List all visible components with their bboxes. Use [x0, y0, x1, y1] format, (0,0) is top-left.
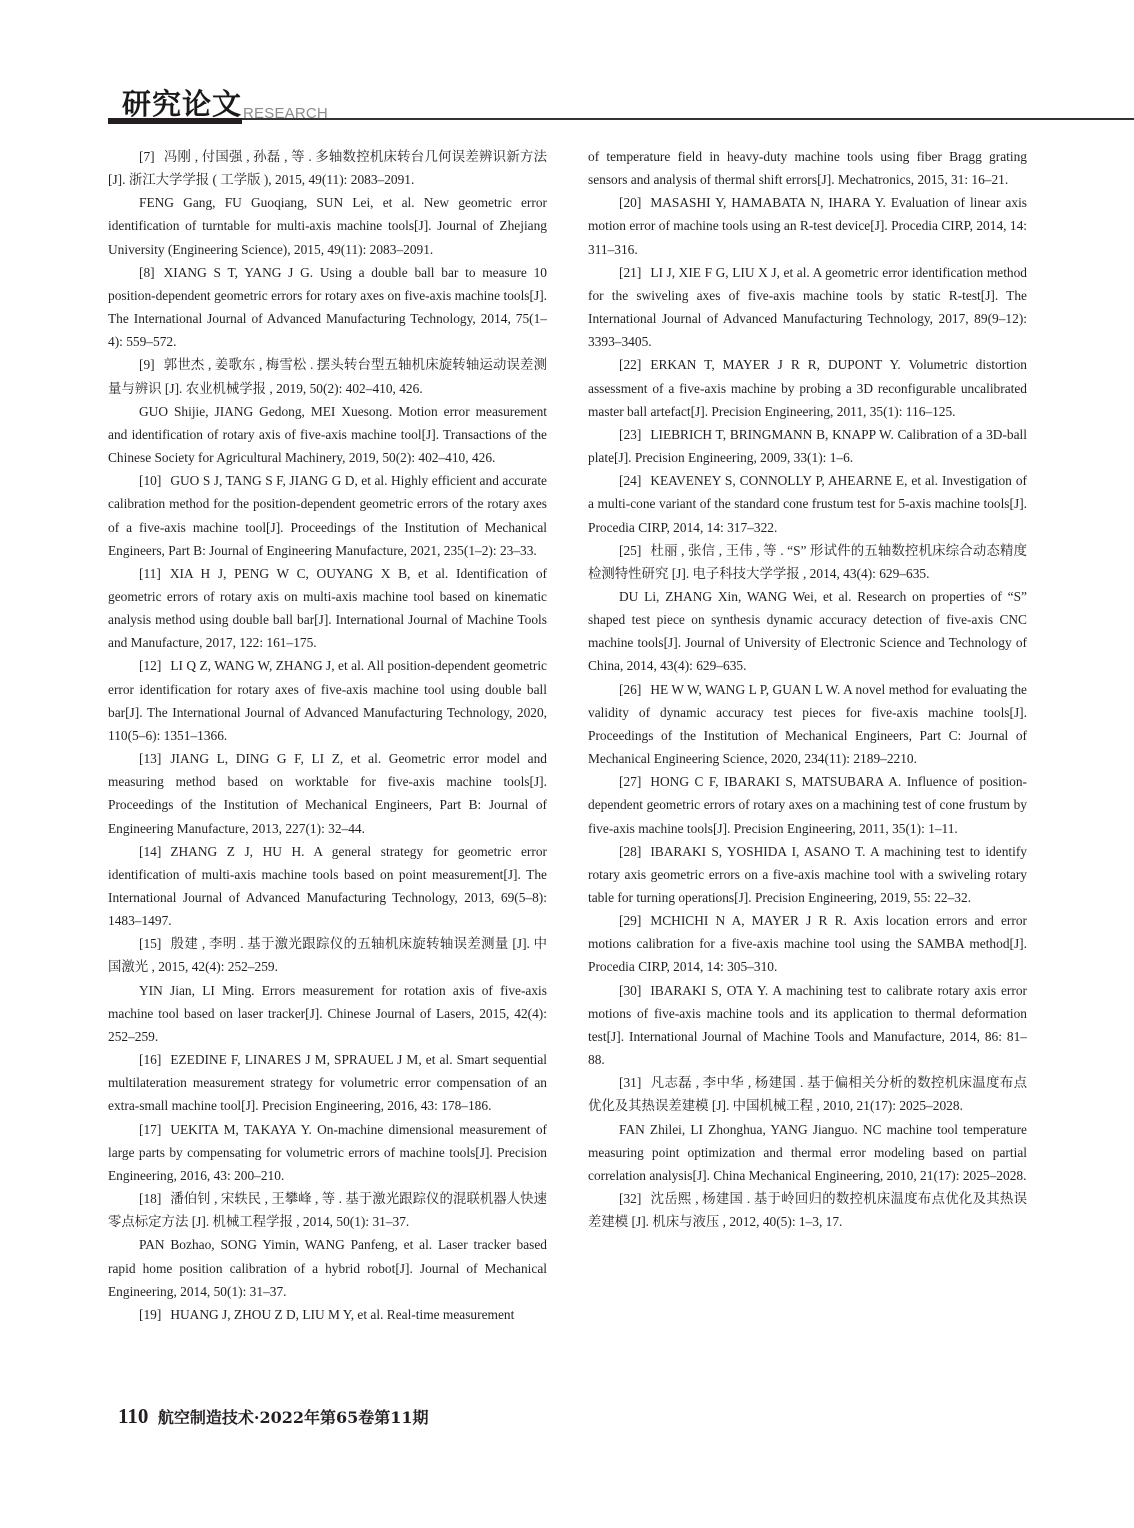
reference-number: [9] — [139, 357, 155, 372]
reference-entry: [9]郭世杰 , 姜歌东 , 梅雪松 . 摆头转台型五轴机床旋转轴运动误差测量与… — [108, 353, 547, 399]
reference-entry: [22]ERKAN T, MAYER J R R, DUPONT Y. Volu… — [588, 353, 1027, 422]
reference-number: [22] — [619, 357, 641, 372]
reference-text: UEKITA M, TAKAYA Y. On-machine dimension… — [108, 1122, 547, 1183]
reference-text: MASASHI Y, HAMABATA N, IHARA Y. Evaluati… — [588, 195, 1027, 256]
reference-number: [23] — [619, 427, 641, 442]
reference-number: [12] — [139, 658, 161, 673]
reference-text: HONG C F, IBARAKI S, MATSUBARA A. Influe… — [588, 774, 1027, 835]
reference-number: [26] — [619, 682, 641, 697]
reference-text: LI Q Z, WANG W, ZHANG J, et al. All posi… — [108, 658, 547, 742]
reference-entry: [19]HUANG J, ZHOU Z D, LIU M Y, et al. R… — [108, 1303, 547, 1326]
reference-entry: [27]HONG C F, IBARAKI S, MATSUBARA A. In… — [588, 770, 1027, 839]
reference-entry: [20]MASASHI Y, HAMABATA N, IHARA Y. Eval… — [588, 191, 1027, 260]
reference-number: [25] — [619, 543, 641, 558]
reference-entry: [13]JIANG L, DING G F, LI Z, et al. Geom… — [108, 747, 547, 840]
reference-entry: [31]凡志磊 , 李中华 , 杨建国 . 基于偏相关分析的数控机床温度布点优化… — [588, 1071, 1027, 1117]
reference-number: [16] — [139, 1052, 161, 1067]
reference-entry: YIN Jian, LI Ming. Errors measurement fo… — [108, 979, 547, 1048]
reference-text: HUANG J, ZHOU Z D, LIU M Y, et al. Real-… — [170, 1307, 514, 1322]
reference-number: [20] — [619, 195, 641, 210]
reference-number: [11] — [139, 566, 161, 581]
section-title: 研究论文 — [122, 82, 242, 123]
reference-entry: [14]ZHANG Z J, HU H. A general strategy … — [108, 840, 547, 933]
reference-number: [31] — [619, 1075, 641, 1090]
reference-number: [7] — [139, 149, 155, 164]
reference-text: FENG Gang, FU Guoqiang, SUN Lei, et al. … — [108, 195, 547, 256]
reference-text: 郭世杰 , 姜歌东 , 梅雪松 . 摆头转台型五轴机床旋转轴运动误差测量与辨识 … — [108, 357, 547, 395]
reference-entry: [25]杜丽 , 张信 , 王伟 , 等 . “S” 形试件的五轴数控机床综合动… — [588, 539, 1027, 585]
reference-entry: [30]IBARAKI S, OTA Y. A machining test t… — [588, 979, 1027, 1072]
reference-entry: GUO Shijie, JIANG Gedong, MEI Xuesong. M… — [108, 400, 547, 469]
reference-number: [19] — [139, 1307, 161, 1322]
reference-entry: [11]XIA H J, PENG W C, OUYANG X B, et al… — [108, 562, 547, 655]
reference-text: JIANG L, DING G F, LI Z, et al. Geometri… — [108, 751, 547, 835]
reference-entry: [17]UEKITA M, TAKAYA Y. On-machine dimen… — [108, 1118, 547, 1187]
references-left-column: [7]冯刚 , 付国强 , 孙磊 , 等 . 多轴数控机床转台几何误差辨识新方法… — [108, 145, 547, 1326]
reference-entry: [16]EZEDINE F, LINARES J M, SPRAUEL J M,… — [108, 1048, 547, 1117]
reference-number: [32] — [619, 1191, 641, 1206]
reference-entry: [7]冯刚 , 付国强 , 孙磊 , 等 . 多轴数控机床转台几何误差辨识新方法… — [108, 145, 547, 191]
reference-text: XIA H J, PENG W C, OUYANG X B, et al. Id… — [108, 566, 547, 650]
reference-text: LIEBRICH T, BRINGMANN B, KNAPP W. Calibr… — [588, 427, 1027, 465]
reference-entry: of temperature field in heavy-duty machi… — [588, 145, 1027, 191]
reference-entry: [29]MCHICHI N A, MAYER J R R. Axis locat… — [588, 909, 1027, 978]
reference-text: MCHICHI N A, MAYER J R R. Axis location … — [588, 913, 1027, 974]
reference-entry: [8]XIANG S T, YANG J G. Using a double b… — [108, 261, 547, 354]
reference-number: [21] — [619, 265, 641, 280]
reference-text: YIN Jian, LI Ming. Errors measurement fo… — [108, 983, 547, 1044]
reference-number: [18] — [139, 1191, 161, 1206]
reference-text: 沈岳熙 , 杨建国 . 基于岭回归的数控机床温度布点优化及其热误差建模 [J].… — [588, 1191, 1027, 1229]
reference-text: XIANG S T, YANG J G. Using a double ball… — [108, 265, 547, 349]
reference-entry: [21]LI J, XIE F G, LIU X J, et al. A geo… — [588, 261, 1027, 354]
reference-number: [29] — [619, 913, 641, 928]
reference-entry: [15]殷建 , 李明 . 基于激光跟踪仪的五轴机床旋转轴误差测量 [J]. 中… — [108, 932, 547, 978]
reference-entry: DU Li, ZHANG Xin, WANG Wei, et al. Resea… — [588, 585, 1027, 678]
reference-text: LI J, XIE F G, LIU X J, et al. A geometr… — [588, 265, 1027, 349]
reference-text: IBARAKI S, OTA Y. A machining test to ca… — [588, 983, 1027, 1067]
reference-text: PAN Bozhao, SONG Yimin, WANG Panfeng, et… — [108, 1237, 547, 1298]
header-thick-rule — [108, 118, 242, 124]
reference-number: [14] — [139, 844, 161, 859]
reference-number: [28] — [619, 844, 641, 859]
reference-entry: PAN Bozhao, SONG Yimin, WANG Panfeng, et… — [108, 1233, 547, 1302]
reference-text: 冯刚 , 付国强 , 孙磊 , 等 . 多轴数控机床转台几何误差辨识新方法 [J… — [108, 149, 547, 187]
page-header: 研究论文 RESEARCH — [108, 80, 1134, 130]
reference-text: KEAVENEY S, CONNOLLY P, AHEARNE E, et al… — [588, 473, 1027, 534]
reference-entry: [12]LI Q Z, WANG W, ZHANG J, et al. All … — [108, 654, 547, 747]
reference-text: of temperature field in heavy-duty machi… — [588, 149, 1027, 187]
reference-text: EZEDINE F, LINARES J M, SPRAUEL J M, et … — [108, 1052, 547, 1113]
reference-text: GUO S J, TANG S F, JIANG G D, et al. Hig… — [108, 473, 547, 557]
reference-number: [27] — [619, 774, 641, 789]
reference-number: [24] — [619, 473, 641, 488]
reference-text: 杜丽 , 张信 , 王伟 , 等 . “S” 形试件的五轴数控机床综合动态精度检… — [588, 543, 1027, 581]
reference-number: [15] — [139, 936, 161, 951]
reference-text: FAN Zhilei, LI Zhonghua, YANG Jianguo. N… — [588, 1122, 1027, 1183]
reference-entry: [18]潘伯钊 , 宋轶民 , 王攀峰 , 等 . 基于激光跟踪仪的混联机器人快… — [108, 1187, 547, 1233]
page-number: 110 — [118, 1404, 148, 1428]
journal-issue: 航空制造技术·2022年第65卷第11期 — [158, 1408, 429, 1427]
reference-entry: [23]LIEBRICH T, BRINGMANN B, KNAPP W. Ca… — [588, 423, 1027, 469]
reference-number: [8] — [139, 265, 155, 280]
references-right-column: of temperature field in heavy-duty machi… — [588, 145, 1027, 1233]
reference-text: 凡志磊 , 李中华 , 杨建国 . 基于偏相关分析的数控机床温度布点优化及其热误… — [588, 1075, 1027, 1113]
reference-number: [13] — [139, 751, 161, 766]
header-thin-rule — [242, 118, 1134, 120]
reference-number: [17] — [139, 1122, 161, 1137]
reference-text: HE W W, WANG L P, GUAN L W. A novel meth… — [588, 682, 1027, 766]
reference-text: 殷建 , 李明 . 基于激光跟踪仪的五轴机床旋转轴误差测量 [J]. 中国激光 … — [108, 936, 547, 974]
reference-entry: [28]IBARAKI S, YOSHIDA I, ASANO T. A mac… — [588, 840, 1027, 909]
reference-number: [30] — [619, 983, 641, 998]
page-footer: 110 航空制造技术·2022年第65卷第11期 — [118, 1404, 429, 1429]
reference-entry: [32]沈岳熙 , 杨建国 . 基于岭回归的数控机床温度布点优化及其热误差建模 … — [588, 1187, 1027, 1233]
reference-text: ERKAN T, MAYER J R R, DUPONT Y. Volumetr… — [588, 357, 1027, 418]
reference-entry: [10]GUO S J, TANG S F, JIANG G D, et al.… — [108, 469, 547, 562]
reference-text: 潘伯钊 , 宋轶民 , 王攀峰 , 等 . 基于激光跟踪仪的混联机器人快速零点标… — [108, 1191, 547, 1229]
reference-text: IBARAKI S, YOSHIDA I, ASANO T. A machini… — [588, 844, 1027, 905]
reference-text: GUO Shijie, JIANG Gedong, MEI Xuesong. M… — [108, 404, 547, 465]
reference-entry: [26]HE W W, WANG L P, GUAN L W. A novel … — [588, 678, 1027, 771]
reference-entry: [24]KEAVENEY S, CONNOLLY P, AHEARNE E, e… — [588, 469, 1027, 538]
reference-text: DU Li, ZHANG Xin, WANG Wei, et al. Resea… — [588, 589, 1027, 673]
reference-number: [10] — [139, 473, 161, 488]
reference-text: ZHANG Z J, HU H. A general strategy for … — [108, 844, 547, 928]
reference-entry: FENG Gang, FU Guoqiang, SUN Lei, et al. … — [108, 191, 547, 260]
reference-entry: FAN Zhilei, LI Zhonghua, YANG Jianguo. N… — [588, 1118, 1027, 1187]
